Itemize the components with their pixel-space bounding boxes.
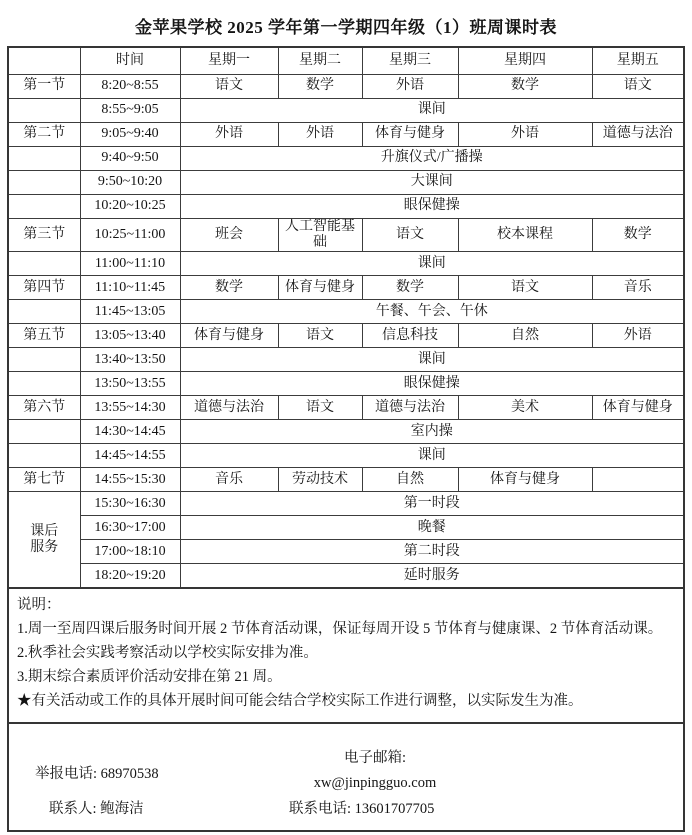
time-cell: 17:00~18:10: [80, 540, 180, 564]
subject-cell: 语文: [278, 396, 362, 420]
period-cell: [8, 372, 80, 396]
table-row: 13:50~13:55 眼保健操: [8, 372, 684, 396]
header-day-tuesday: 星期二: [278, 47, 362, 75]
period-cell: 第四节: [8, 276, 80, 300]
time-cell: 8:55~9:05: [80, 99, 180, 123]
timetable: 时间 星期一 星期二 星期三 星期四 星期五 第一节 8:20~8:55 语文 …: [7, 46, 685, 832]
subject-cell: 外语: [458, 123, 592, 147]
time-cell: 9:50~10:20: [80, 171, 180, 195]
table-row: 第三节 10:25~11:00 班会 人工智能基础 语文 校本课程 数学: [8, 219, 684, 252]
header-day-friday: 星期五: [592, 47, 684, 75]
time-cell: 9:05~9:40: [80, 123, 180, 147]
subject-cell: 数学: [592, 219, 684, 252]
time-cell: 14:30~14:45: [80, 420, 180, 444]
activity-cell: 课间: [180, 348, 684, 372]
subject-cell: 语文: [362, 219, 458, 252]
subject-cell: 外语: [592, 324, 684, 348]
subject-cell: 道德与法治: [180, 396, 278, 420]
period-cell: [8, 171, 80, 195]
timetable-page: 金苹果学校 2025 学年第一学期四年级（1）班周课时表 时间 星期一 星期二 …: [0, 13, 692, 832]
header-day-wednesday: 星期三: [362, 47, 458, 75]
subject-cell: 自然: [458, 324, 592, 348]
time-cell: 13:05~13:40: [80, 324, 180, 348]
activity-cell: 升旗仪式/广播操: [180, 147, 684, 171]
table-row: 第六节 13:55~14:30 道德与法治 语文 道德与法治 美术 体育与健身: [8, 396, 684, 420]
report-phone: 举报电话: 68970538: [35, 766, 159, 783]
notes-heading: 说明：: [17, 594, 673, 618]
table-row: 16:30~17:00 晚餐: [8, 516, 684, 540]
period-cell: [8, 420, 80, 444]
table-row: 13:40~13:50 课间: [8, 348, 684, 372]
time-cell: 18:20~19:20: [80, 564, 180, 589]
period-cell: [8, 147, 80, 171]
period-cell: 第五节: [8, 324, 80, 348]
activity-cell: 室内操: [180, 420, 684, 444]
subject-cell: 自然: [362, 468, 458, 492]
activity-cell: 眼保健操: [180, 372, 684, 396]
notes-row: 说明： 1.周一至周四课后服务时间开展 2 节体育活动课，保证每周开设 5 节体…: [8, 588, 684, 723]
contact-phone: 联系电话: 13601707705: [289, 801, 434, 818]
time-cell: 15:30~16:30: [80, 492, 180, 516]
subject-cell: 班会: [180, 219, 278, 252]
note-line: ★有关活动或工作的具体开展时间可能会结合学校实际工作进行调整，以实际发生为准。: [17, 690, 673, 714]
table-row: 14:30~14:45 室内操: [8, 420, 684, 444]
subject-cell: 音乐: [592, 276, 684, 300]
contact-section: 举报电话: 68970538 电子邮箱: xw@jinpingguo.com 联…: [8, 723, 684, 831]
period-cell: [8, 252, 80, 276]
subject-cell: 数学: [362, 276, 458, 300]
time-cell: 10:25~11:00: [80, 219, 180, 252]
subject-cell: 校本课程: [458, 219, 592, 252]
subject-cell: 劳动技术: [278, 468, 362, 492]
subject-cell: 语文: [278, 324, 362, 348]
activity-cell: 晚餐: [180, 516, 684, 540]
period-cell: 第一节: [8, 75, 80, 99]
subject-cell: 外语: [180, 123, 278, 147]
subject-cell: 语文: [458, 276, 592, 300]
period-cell: [8, 300, 80, 324]
period-cell: [8, 99, 80, 123]
note-line: 2.秋季社会实践考察活动以学校实际安排为准。: [17, 642, 673, 666]
note-line: 3.期末综合素质评价活动安排在第 21 周。: [17, 666, 673, 690]
activity-cell: 课间: [180, 252, 684, 276]
header-day-monday: 星期一: [180, 47, 278, 75]
subject-cell: 体育与健身: [362, 123, 458, 147]
header-period-cell: [8, 47, 80, 75]
page-title: 金苹果学校 2025 学年第一学期四年级（1）班周课时表: [0, 13, 692, 38]
time-cell: 10:20~10:25: [80, 195, 180, 219]
header-row: 时间 星期一 星期二 星期三 星期四 星期五: [8, 47, 684, 75]
email-address: xw@jinpingguo.com: [314, 771, 437, 796]
subject-cell: 道德与法治: [592, 123, 684, 147]
table-row: 第一节 8:20~8:55 语文 数学 外语 数学 语文: [8, 75, 684, 99]
time-cell: 11:45~13:05: [80, 300, 180, 324]
activity-cell: 午餐、午会、午休: [180, 300, 684, 324]
subject-cell: 数学: [180, 276, 278, 300]
table-row: 14:45~14:55 课间: [8, 444, 684, 468]
subject-cell: 信息科技: [362, 324, 458, 348]
period-cell: [8, 348, 80, 372]
after-school-label: 课后 服务: [8, 492, 80, 589]
table-row: 9:50~10:20 大课间: [8, 171, 684, 195]
table-row: 10:20~10:25 眼保健操: [8, 195, 684, 219]
footer-row: 举报电话: 68970538 电子邮箱: xw@jinpingguo.com 联…: [8, 723, 684, 831]
subject-cell: 外语: [362, 75, 458, 99]
note-line: 1.周一至周四课后服务时间开展 2 节体育活动课，保证每周开设 5 节体育与健康…: [17, 618, 673, 642]
time-cell: 16:30~17:00: [80, 516, 180, 540]
time-cell: 13:50~13:55: [80, 372, 180, 396]
subject-cell: 外语: [278, 123, 362, 147]
table-row: 第四节 11:10~11:45 数学 体育与健身 数学 语文 音乐: [8, 276, 684, 300]
table-row: 课后 服务 15:30~16:30 第一时段: [8, 492, 684, 516]
subject-cell: 体育与健身: [278, 276, 362, 300]
header-time-cell: 时间: [80, 47, 180, 75]
subject-cell: 数学: [458, 75, 592, 99]
period-cell: 第七节: [8, 468, 80, 492]
time-cell: 11:10~11:45: [80, 276, 180, 300]
subject-cell: 道德与法治: [362, 396, 458, 420]
table-row: 11:45~13:05 午餐、午会、午休: [8, 300, 684, 324]
subject-cell: 语文: [180, 75, 278, 99]
activity-cell: 第二时段: [180, 540, 684, 564]
time-cell: 13:55~14:30: [80, 396, 180, 420]
table-row: 11:00~11:10 课间: [8, 252, 684, 276]
period-cell: 第二节: [8, 123, 80, 147]
period-cell: 第三节: [8, 219, 80, 252]
activity-cell: 第一时段: [180, 492, 684, 516]
period-cell: [8, 195, 80, 219]
subject-cell: 数学: [278, 75, 362, 99]
activity-cell: 眼保健操: [180, 195, 684, 219]
table-row: 17:00~18:10 第二时段: [8, 540, 684, 564]
table-row: 第五节 13:05~13:40 体育与健身 语文 信息科技 自然 外语: [8, 324, 684, 348]
time-cell: 14:55~15:30: [80, 468, 180, 492]
table-row: 18:20~19:20 延时服务: [8, 564, 684, 589]
activity-cell: 课间: [180, 444, 684, 468]
time-cell: 13:40~13:50: [80, 348, 180, 372]
email-block: 电子邮箱: xw@jinpingguo.com: [314, 746, 437, 797]
period-cell: [8, 444, 80, 468]
table-row: 9:40~9:50 升旗仪式/广播操: [8, 147, 684, 171]
subject-cell: 体育与健身: [592, 396, 684, 420]
activity-cell: 课间: [180, 99, 684, 123]
activity-cell: 延时服务: [180, 564, 684, 589]
subject-cell: [592, 468, 684, 492]
time-cell: 14:45~14:55: [80, 444, 180, 468]
activity-cell: 大课间: [180, 171, 684, 195]
time-cell: 8:20~8:55: [80, 75, 180, 99]
email-label: 电子邮箱:: [314, 746, 437, 771]
notes-section: 说明： 1.周一至周四课后服务时间开展 2 节体育活动课，保证每周开设 5 节体…: [8, 588, 684, 723]
time-cell: 9:40~9:50: [80, 147, 180, 171]
table-row: 8:55~9:05 课间: [8, 99, 684, 123]
subject-cell: 人工智能基础: [278, 219, 362, 252]
subject-cell: 语文: [592, 75, 684, 99]
subject-cell: 美术: [458, 396, 592, 420]
subject-cell: 音乐: [180, 468, 278, 492]
table-row: 第二节 9:05~9:40 外语 外语 体育与健身 外语 道德与法治: [8, 123, 684, 147]
time-cell: 11:00~11:10: [80, 252, 180, 276]
period-cell: 第六节: [8, 396, 80, 420]
table-row: 第七节 14:55~15:30 音乐 劳动技术 自然 体育与健身: [8, 468, 684, 492]
header-day-thursday: 星期四: [458, 47, 592, 75]
subject-cell: 体育与健身: [180, 324, 278, 348]
contact-person: 联系人: 鲍海洁: [49, 801, 144, 818]
subject-cell: 体育与健身: [458, 468, 592, 492]
